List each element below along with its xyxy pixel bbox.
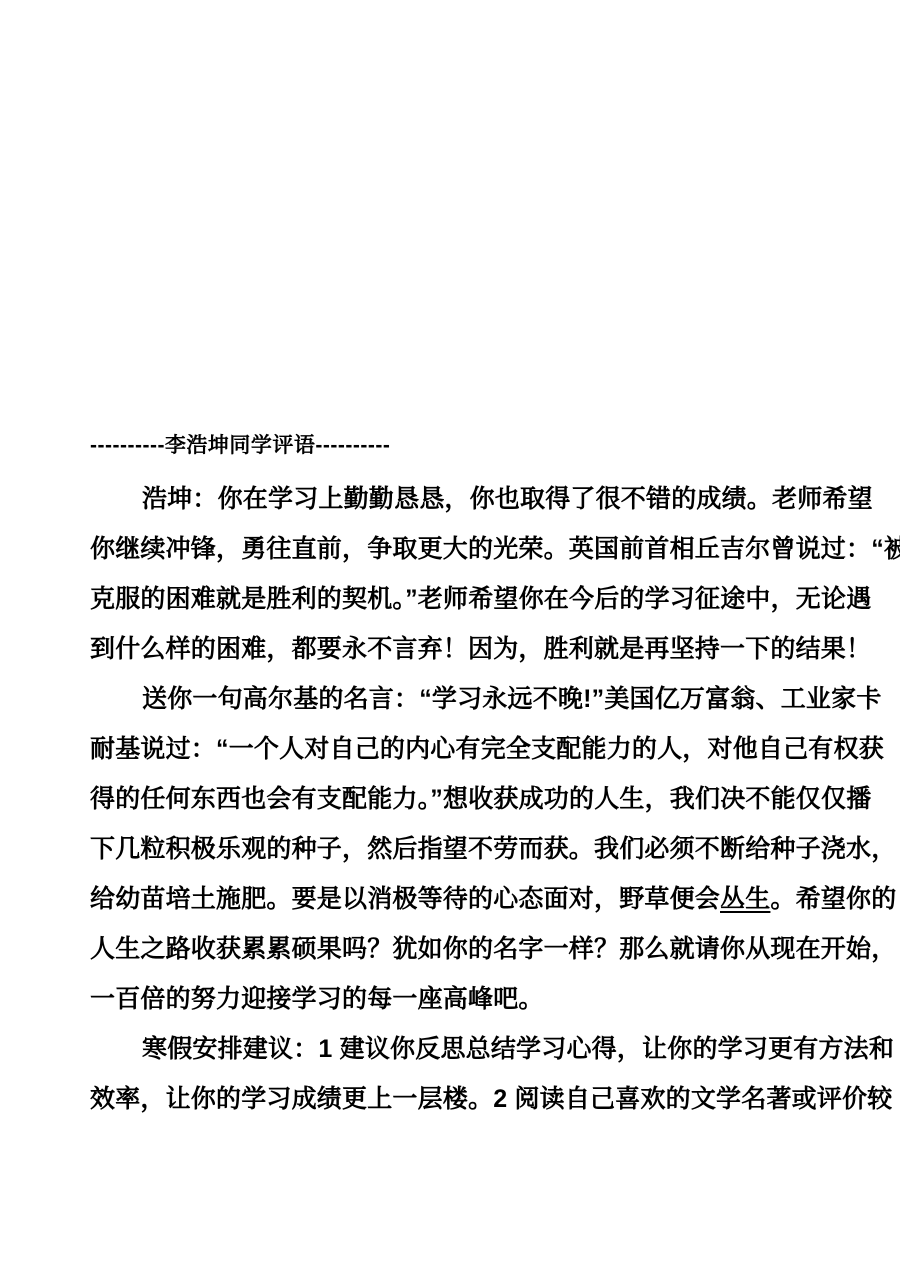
text-line: 浩坤：你在学习上勤勤恳恳，你也取得了很不错的成绩。老师希望	[90, 474, 824, 524]
text-line: 给幼苗培土施肥。要是以消极等待的心态面对，野草便会丛生。希望你的	[90, 874, 824, 924]
text-segment: 到什么样的困难，都要永不言弃！因为，胜利就是再坚持一下的结果！	[90, 635, 871, 663]
text-segment: 耐基说过：“一个人对自己的内心有完全支配能力的人，对他自己有权获	[90, 735, 884, 763]
text-segment: 送你一句高尔基的名言：“学习永远不晚!”美国亿万富翁、工业家卡	[142, 685, 882, 713]
document-title: ----------李浩坤同学评语----------	[90, 431, 390, 461]
text-line: 得的任何东西也会有支配能力。”想收获成功的人生，我们决不能仅仅播	[90, 774, 824, 824]
text-line: 效率，让你的学习成绩更上一层楼。2 阅读自己喜欢的文学名著或评价较	[90, 1074, 824, 1124]
document-page: ----------李浩坤同学评语---------- 浩坤：你在学习上勤勤恳恳…	[0, 0, 900, 1286]
text-segment: 效率，让你的学习成绩更上一层楼。2 阅读自己喜欢的文学名著或评价较	[90, 1085, 892, 1113]
text-line: 一百倍的努力迎接学习的每一座高峰吧。	[90, 974, 824, 1024]
text-segment: 一百倍的努力迎接学习的每一座高峰吧。	[90, 985, 544, 1013]
text-segment: 你继续冲锋，勇往直前，争取更大的光荣。英国前首相丘吉尔曾说过：“被	[90, 535, 900, 563]
text-line: 你继续冲锋，勇往直前，争取更大的光荣。英国前首相丘吉尔曾说过：“被	[90, 524, 824, 574]
text-line: 到什么样的困难，都要永不言弃！因为，胜利就是再坚持一下的结果！	[90, 624, 824, 674]
text-segment: 浩坤：你在学习上勤勤恳恳，你也取得了很不错的成绩。老师希望	[142, 485, 873, 513]
document-body: 浩坤：你在学习上勤勤恳恳，你也取得了很不错的成绩。老师希望你继续冲锋，勇往直前，…	[90, 474, 824, 1124]
text-line: 耐基说过：“一个人对自己的内心有完全支配能力的人，对他自己有权获	[90, 724, 824, 774]
text-line: 下几粒积极乐观的种子，然后指望不劳而获。我们必须不断给种子浇水，	[90, 824, 824, 874]
text-segment: 人生之路收获累累硕果吗？犹如你的名字一样？那么就请你从现在开始，	[90, 935, 896, 963]
underlined-text: 丛生	[720, 885, 770, 913]
text-segment: 得的任何东西也会有支配能力。”想收获成功的人生，我们决不能仅仅播	[90, 785, 871, 813]
text-segment: 克服的困难就是胜利的契机。”老师希望你在今后的学习征途中，无论遇	[90, 585, 871, 613]
text-segment: 下几粒积极乐观的种子，然后指望不劳而获。我们必须不断给种子浇水，	[90, 835, 896, 863]
text-segment: 。希望你的	[770, 885, 896, 913]
text-segment: 给幼苗培土施肥。要是以消极等待的心态面对，野草便会	[90, 885, 720, 913]
text-line: 送你一句高尔基的名言：“学习永远不晚!”美国亿万富翁、工业家卡	[90, 674, 824, 724]
text-line: 克服的困难就是胜利的契机。”老师希望你在今后的学习征途中，无论遇	[90, 574, 824, 624]
text-line: 人生之路收获累累硕果吗？犹如你的名字一样？那么就请你从现在开始，	[90, 924, 824, 974]
text-segment: 寒假安排建议：1 建议你反思总结学习心得，让你的学习更有方法和	[142, 1035, 894, 1063]
text-line: 寒假安排建议：1 建议你反思总结学习心得，让你的学习更有方法和	[90, 1024, 824, 1074]
